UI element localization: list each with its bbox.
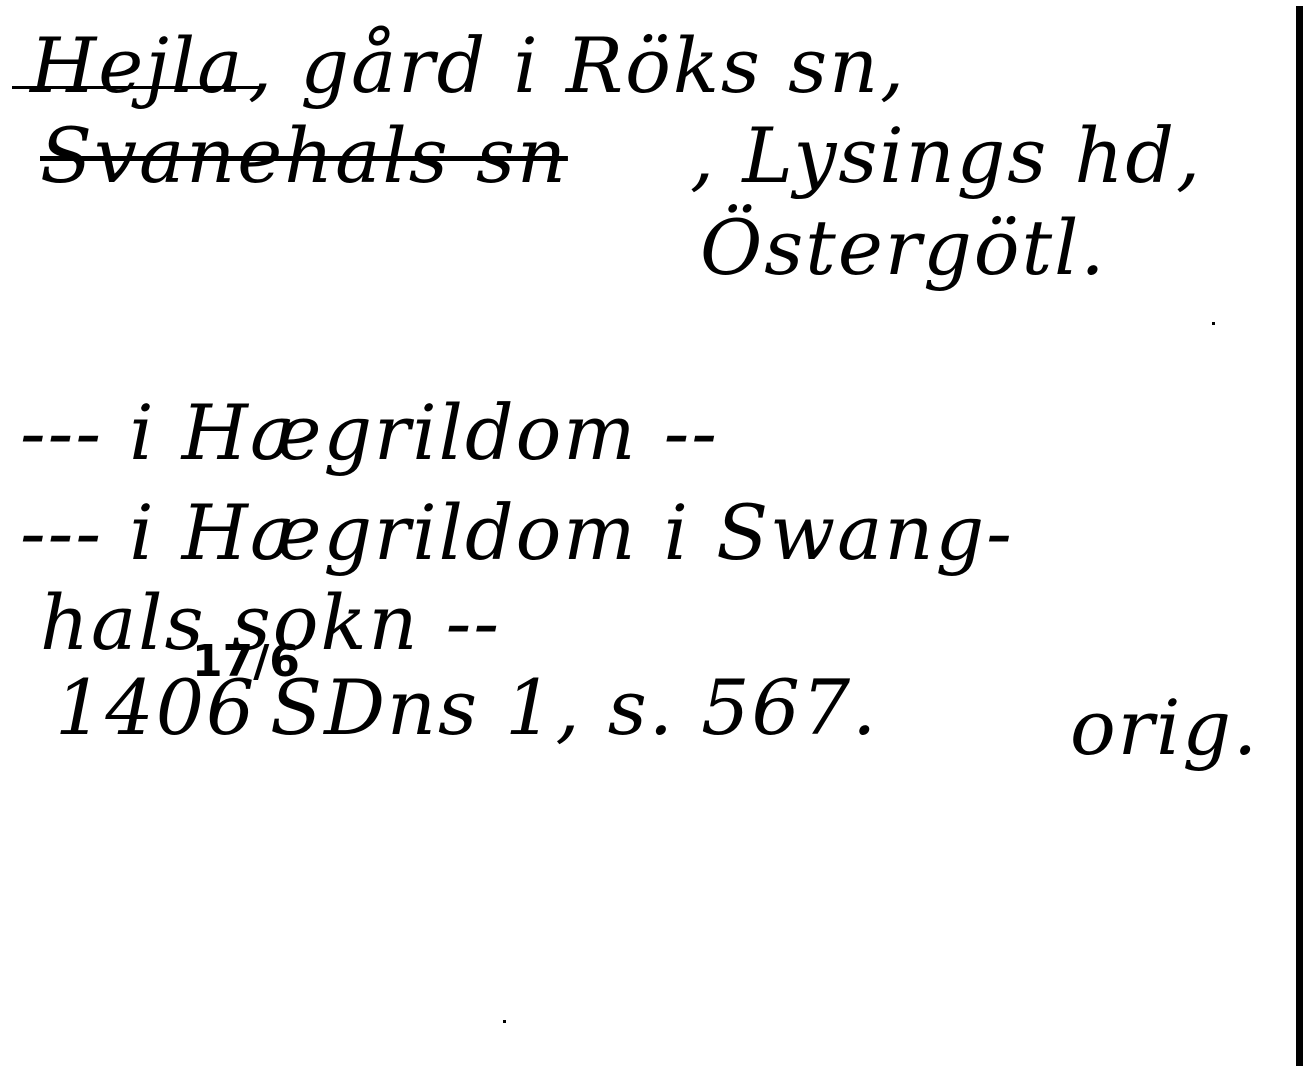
citation-note: orig. [1070, 690, 1259, 766]
index-card: Hejla , gård i Röks sn, Svanehals sn , L… [0, 0, 1313, 1077]
line1-location: , gård i Röks sn, [248, 28, 906, 104]
form-line-2: --- i Hægrildom i Swang- [20, 495, 1014, 571]
scan-speck [1212, 322, 1215, 325]
line2-district: , Lysings hd, [690, 118, 1202, 194]
struck-parish: Svanehals sn [40, 118, 568, 194]
form-line-1: --- i Hægrildom -- [20, 395, 719, 471]
line3-province: Östergötl. [700, 210, 1107, 286]
headword: Hejla [30, 28, 244, 104]
scan-speck [503, 1020, 506, 1023]
headword-underline [12, 86, 264, 89]
citation-source: SDns 1, s. 567. [270, 670, 878, 746]
card-edge-border [1296, 6, 1303, 1066]
